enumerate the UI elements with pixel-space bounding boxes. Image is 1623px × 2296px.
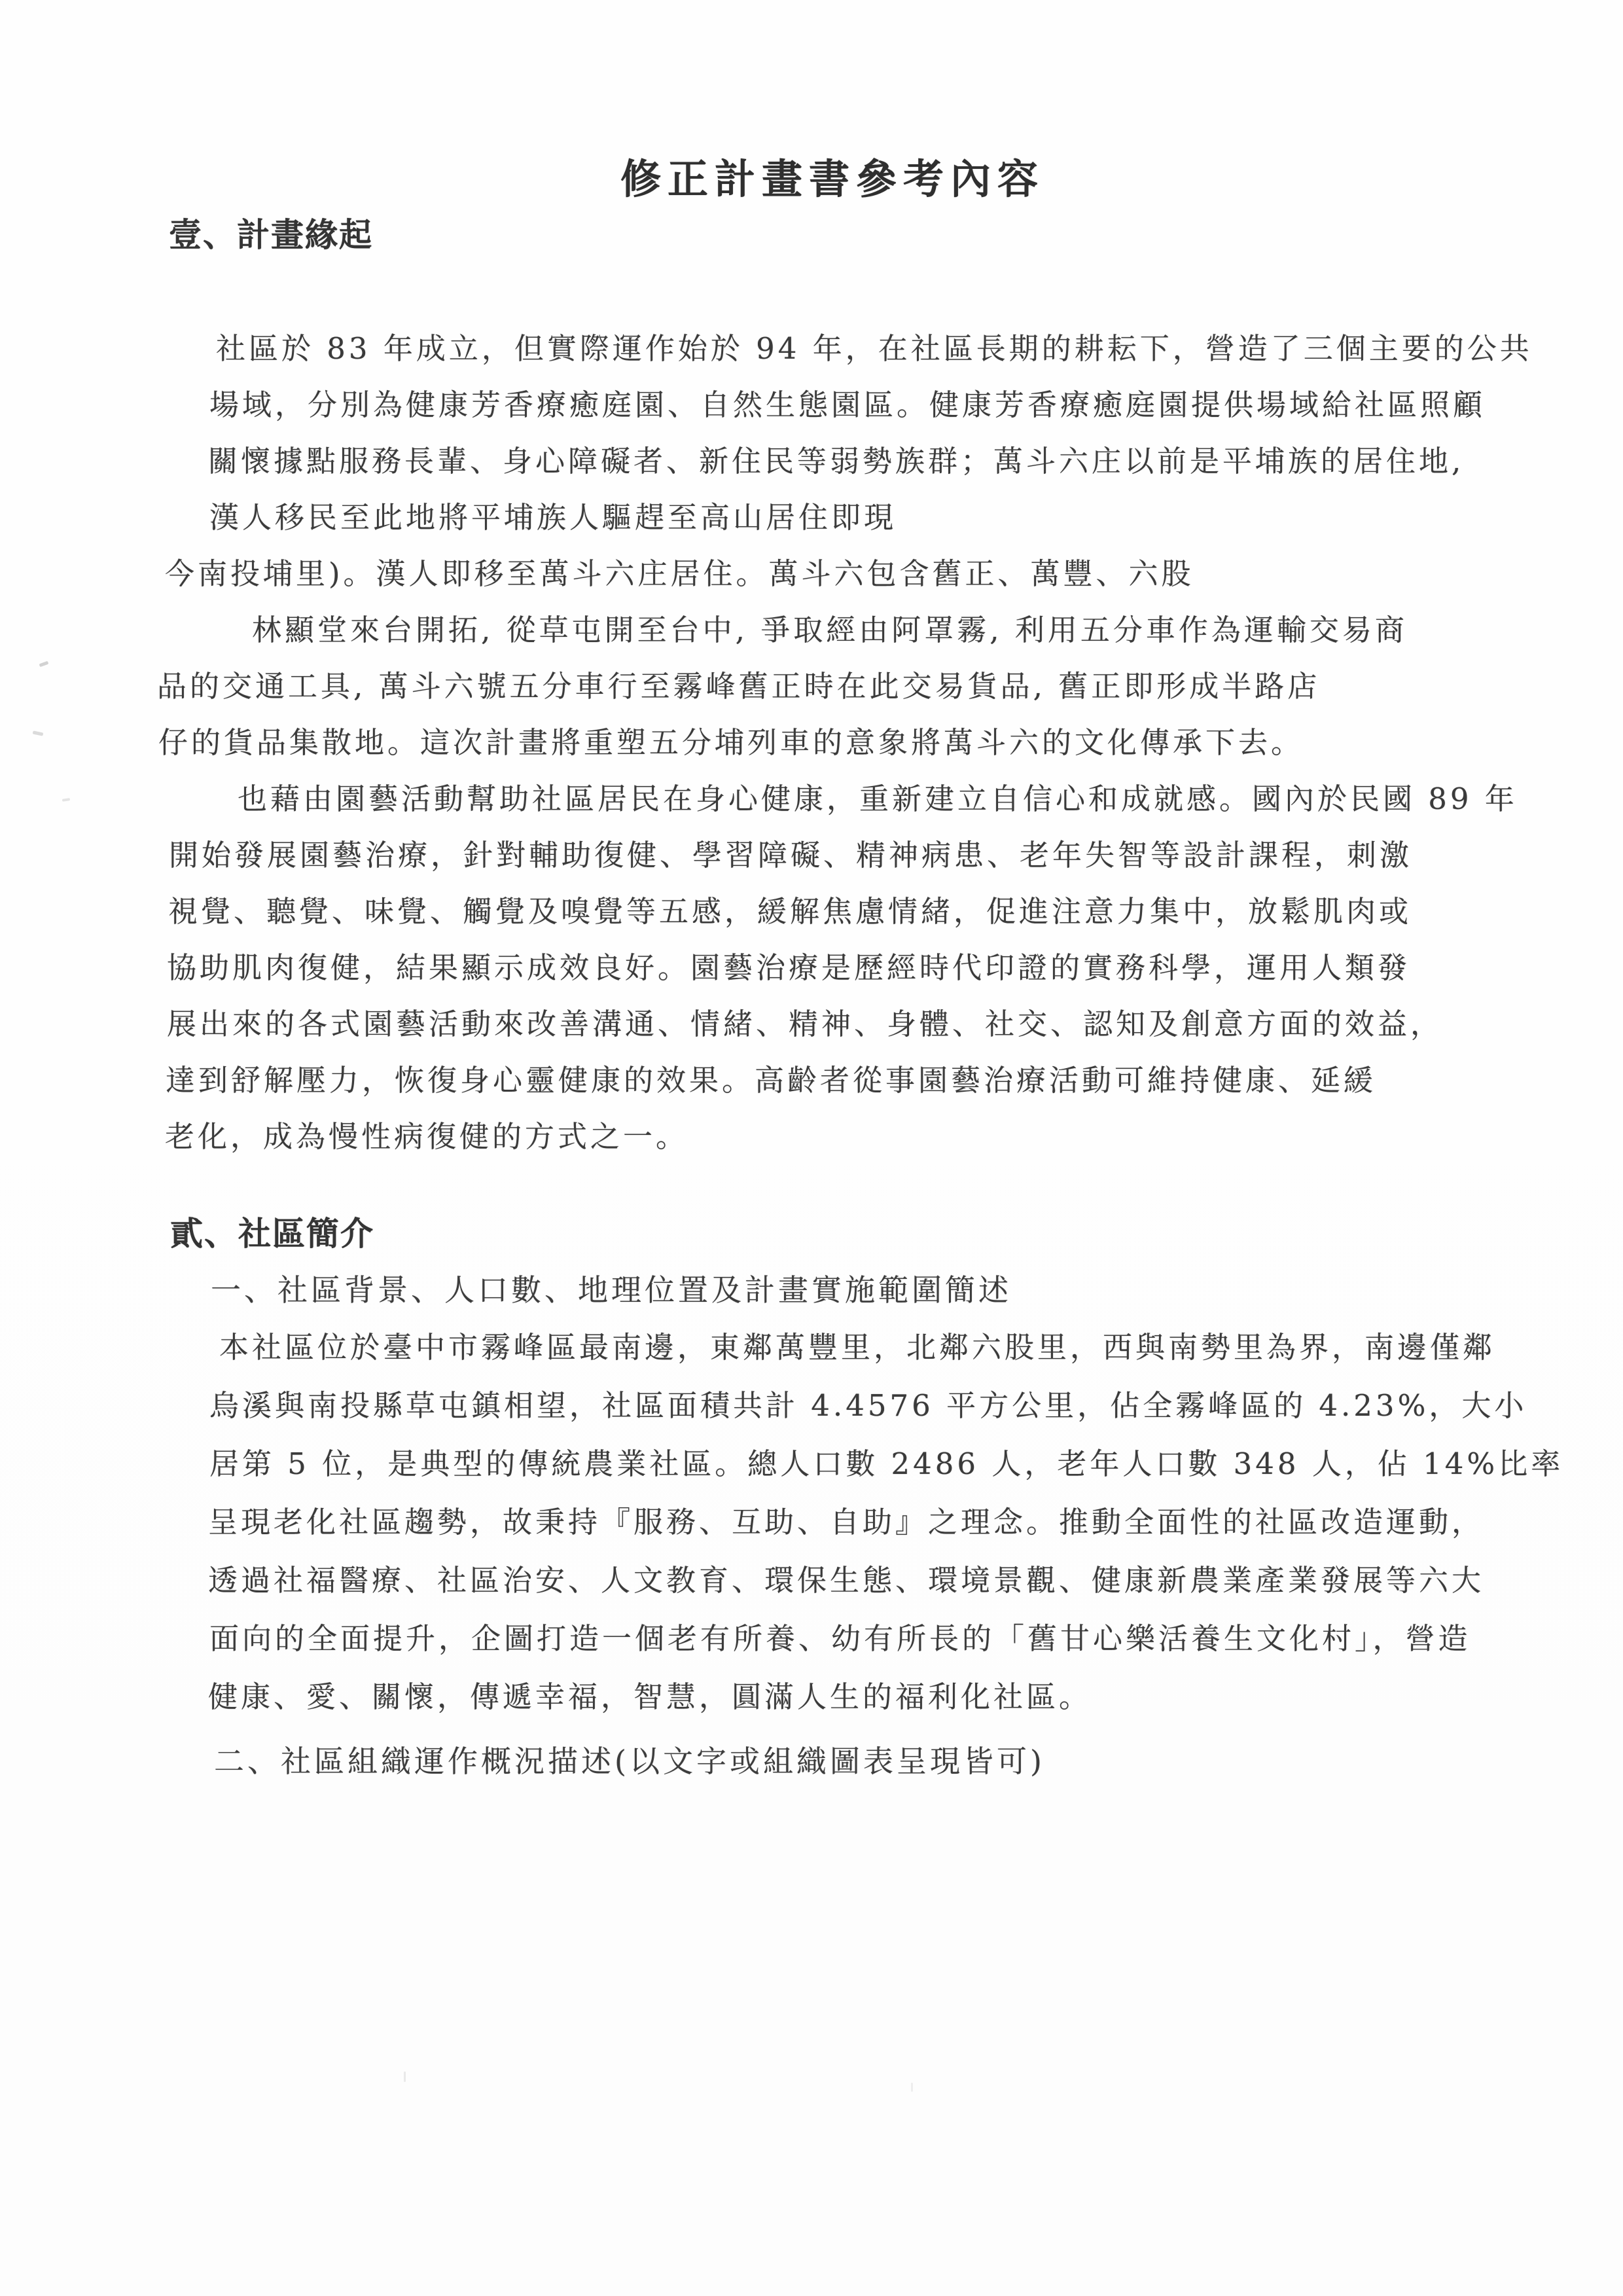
text-line: 關懷據點服務長輩、身心障礙者、新住民等弱勢族群；萬斗六庄以前是平埔族的居住地, — [208, 446, 1464, 476]
text-line: 場域，分別為健康芳香療癒庭園、自然生態園區。健康芳香療癒庭園提供場域給社區照顧 — [209, 390, 1486, 420]
section2-subheading-2: 二、社區組織運作概況描述(以文字或組織圖表呈現皆可) — [214, 1746, 1045, 1776]
scan-artifact — [911, 2083, 913, 2092]
text-line: 達到舒解壓力，恢復身心靈健康的效果。高齡者從事園藝治療活動可維持健康、延緩 — [166, 1066, 1376, 1095]
text-line: 老化，成為慢性病復健的方式之一。 — [165, 1122, 688, 1151]
text-line: 居第 5 位，是典型的傳統農業社區。總人口數 2486 人，老年人口數 348 … — [209, 1449, 1563, 1479]
text-line: 今南投埔里)。漢人即移至萬斗六庄居住。萬斗六包含舊正、萬豐、六股 — [165, 559, 1194, 588]
section2-subheading-1: 一、社區背景、人口數、地理位置及計畫實施範圍簡述 — [211, 1275, 1012, 1305]
scan-artifact — [33, 730, 44, 736]
text-line: 視覺、聽覺、味覺、觸覺及嗅覺等五感，緩解焦慮情緒，促進注意力集中，放鬆肌肉或 — [168, 897, 1412, 926]
text-line: 林顯堂來台開拓, 從草屯開至台中, 爭取經由阿罩霧, 利用五分車作為運輸交易商 — [252, 615, 1408, 645]
text-line: 呈現老化社區趨勢，故秉持『服務、互助、自助』之理念。推動全面性的社區改造運動， — [208, 1507, 1484, 1537]
text-line: 品的交通工具, 萬斗六號五分車行至霧峰舊正時在此交易貨品, 舊正即形成半路店 — [157, 672, 1320, 701]
scan-artifact — [62, 798, 70, 802]
text-line: 面向的全面提升，企圖打造一個老有所養、幼有所長的「舊甘心樂活養生文化村」，營造 — [209, 1624, 1471, 1653]
text-line: 協助肌肉復健，結果顯示成效良好。園藝治療是歷經時代印證的實務科學，運用人類發 — [167, 953, 1410, 982]
text-line: 透過社福醫療、社區治安、人文教育、環保生態、環境景觀、健康新農業產業發展等六大 — [208, 1566, 1484, 1595]
text-line: 仔的貨品集散地。這次計畫將重塑五分埔列車的意象將萬斗六的文化傳承下去。 — [158, 728, 1304, 757]
text-line: 開始發展園藝治療，針對輔助復健、學習障礙、精神病患、老年失智等設計課程，刺激 — [169, 840, 1412, 870]
scan-artifact — [39, 661, 49, 667]
text-line: 漢人移民至此地將平埔族人驅趕至高山居住即現 — [209, 503, 897, 532]
text-line: 烏溪與南投縣草屯鎮相望，社區面積共計 4.4576 平方公里，佔全霧峰區的 4.… — [209, 1391, 1527, 1420]
scanned-document-page: 修正計畫書參考內容 壹、計畫緣起 社區於 83 年成立，但實際運作始於 94 年… — [0, 0, 1623, 2296]
section2-heading: 貳、社區簡介 — [170, 1217, 374, 1250]
text-line: 本社區位於臺中市霧峰區最南邊，東鄰萬豐里，北鄰六股里，西與南勢里為界，南邊僅鄰 — [219, 1333, 1495, 1362]
text-line: 健康、愛、關懷，傳遞幸福，智慧，圓滿人生的福利化社區。 — [208, 1682, 1092, 1712]
text-line: 也藉由園藝活動幫助社區居民在身心健康，重新建立自信心和成就感。國內於民國 89 … — [238, 784, 1518, 814]
text-line: 展出來的各式園藝活動來改善溝通、情緒、精神、身體、社交、認知及創意方面的效益， — [167, 1009, 1443, 1039]
text-line: 社區於 83 年成立，但實際運作始於 94 年，在社區長期的耕耘下，營造了三個主… — [216, 334, 1533, 363]
section1-heading: 壹、計畫緣起 — [169, 219, 373, 251]
document-title: 修正計畫書參考內容 — [620, 159, 1044, 200]
scan-artifact — [404, 2072, 406, 2082]
